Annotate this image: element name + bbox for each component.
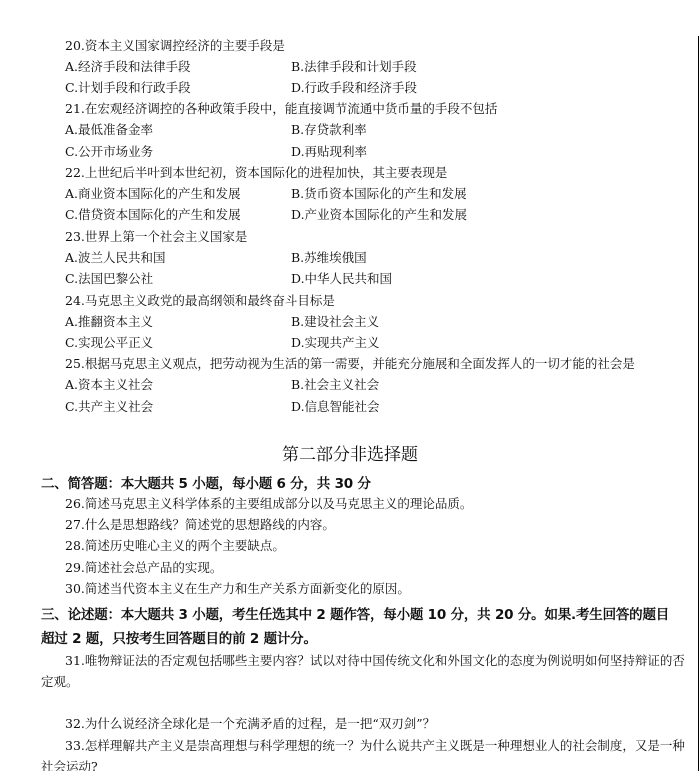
part-title: 第二部分非选择题: [0, 440, 700, 465]
option-a: A.波兰人民共和国: [65, 250, 166, 266]
option-d: D.中华人民共和国: [291, 271, 392, 287]
option-c: C.公开市场业务: [65, 144, 153, 160]
option-b: B.社会主义社会: [291, 377, 379, 393]
essay-question: 33.怎样理解共产主义是崇高理想与科学理想的统一？为什么说共产主义既是一种理想业…: [41, 735, 691, 771]
short-answer-question: 27.什么是思想路线？简述党的思想路线的内容。: [65, 517, 335, 533]
option-b: B.法律手段和计划手段: [291, 59, 417, 75]
option-a: A.商业资本国际化的产生和发展: [65, 186, 241, 202]
option-b: B.存贷款利率: [291, 122, 367, 138]
essay-question: 31.唯物辩证法的否定观包括哪些主要内容？试以对待中国传统文化和外国文化的态度为…: [41, 650, 691, 692]
option-a: A.最低准备金率: [65, 122, 153, 138]
short-answer-question: 29.简述社会总产品的实现。: [65, 560, 222, 576]
option-a: A.资本主义社会: [65, 377, 153, 393]
short-answer-question: 28.简述历史唯心主义的两个主要缺点。: [65, 538, 285, 554]
option-d: D.行政手段和经济手段: [291, 80, 417, 96]
question-stem: 21.在宏观经济调控的各种政策手段中，能直接调节流通中货币量的手段不包括: [65, 101, 497, 117]
option-b: B.货币资本国际化的产生和发展: [291, 186, 467, 202]
option-c: C.共产主义社会: [65, 399, 153, 415]
section-heading-short-answer: 二、简答题：本大题共 5 小题，每小题 6 分，共 30 分: [41, 472, 371, 492]
option-c: C.实现公平正义: [65, 335, 153, 351]
question-stem: 25.根据马克思主义观点，把劳动视为生活的第一需要，并能充分施展和全面发挥人的一…: [65, 356, 635, 372]
option-d: D.再贴现利率: [291, 144, 367, 160]
question-stem: 24.马克思主义政党的最高纲领和最终奋斗目标是: [65, 293, 335, 309]
question-stem: 22.上世纪后半叶到本世纪初，资本国际化的进程加快，其主要表现是: [65, 165, 447, 181]
option-c: C.借贷资本国际化的产生和发展: [65, 207, 241, 223]
option-d: D.信息智能社会: [291, 399, 380, 415]
essay-question: 32.为什么说经济全球化是一个充满矛盾的过程，是一把“双刃剑”？: [41, 713, 691, 734]
option-b: B.建设社会主义: [291, 314, 379, 330]
section-heading-essay: 三、论述题：本大题共 3 小题，考生任选其中 2 题作答，每小题 10 分，共 …: [41, 603, 669, 623]
option-d: D.产业资本国际化的产生和发展: [291, 207, 467, 223]
section-heading-essay-cont: 超过 2 题，只按考生回答题目的前 2 题计分。: [41, 627, 317, 647]
option-c: C.计划手段和行政手段: [65, 80, 191, 96]
option-d: D.实现共产主义: [291, 335, 380, 351]
option-b: B.苏维埃俄国: [291, 250, 367, 266]
short-answer-question: 26.简述马克思主义科学体系的主要组成部分以及马克思主义的理论品质。: [65, 496, 472, 512]
option-c: C.法国巴黎公社: [65, 271, 153, 287]
question-stem: 23.世界上第一个社会主义国家是: [65, 229, 247, 245]
question-stem: 20.资本主义国家调控经济的主要手段是: [65, 38, 285, 54]
option-a: A.推翻资本主义: [65, 314, 153, 330]
page-border-line: [698, 36, 699, 771]
short-answer-question: 30.简述当代资本主义在生产力和生产关系方面新变化的原因。: [65, 581, 410, 597]
option-a: A.经济手段和法律手段: [65, 59, 191, 75]
